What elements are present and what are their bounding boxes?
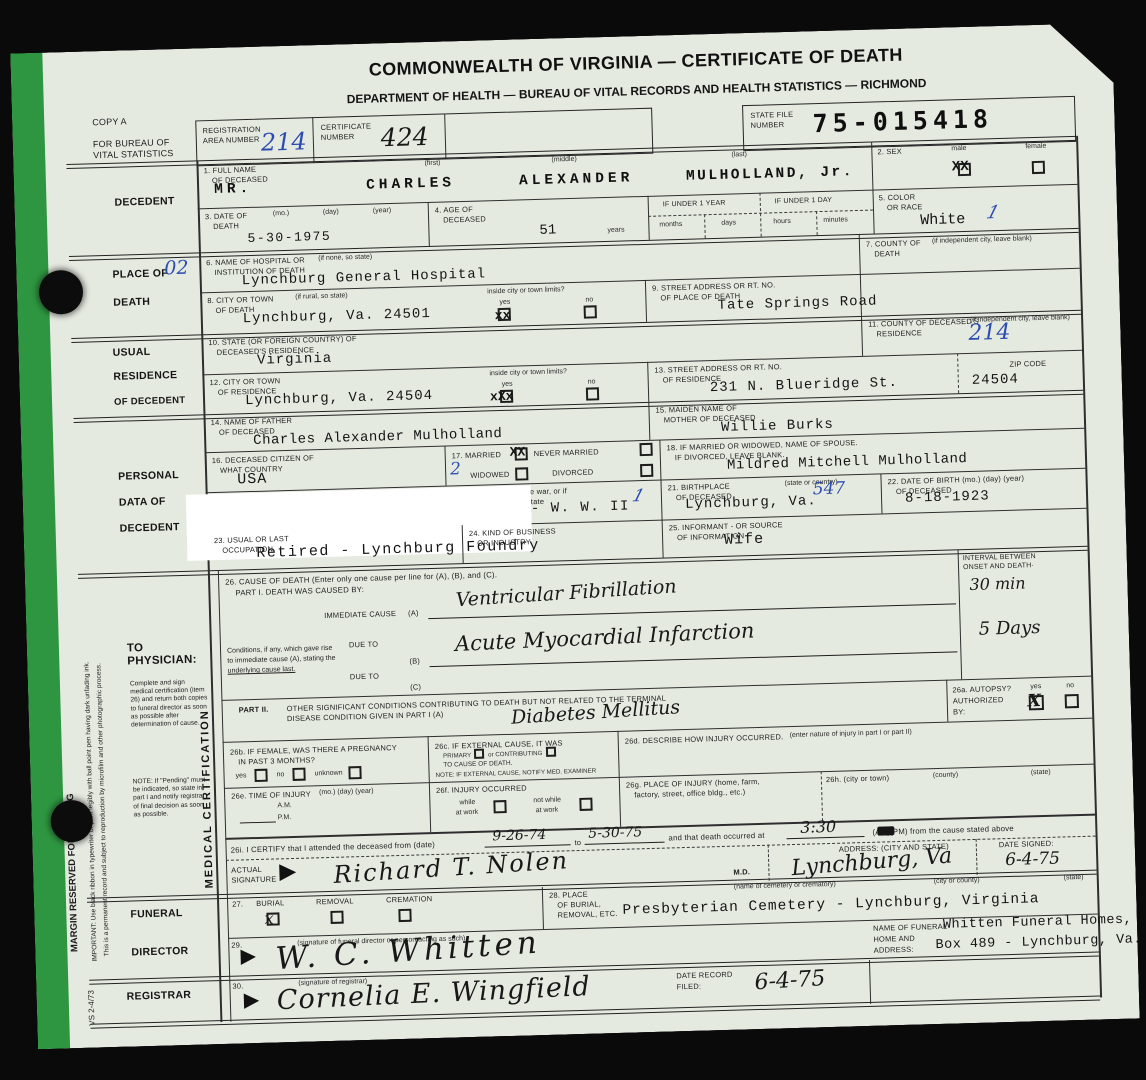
date-filed-label1: DATE RECORD [676,970,732,981]
county-code-handwritten: 214 [968,320,1011,346]
side-usual: USUAL [113,346,151,359]
date-filed-value: 6-4-75 [754,966,826,995]
field21-label: 21. BIRTHPLACE [668,482,731,493]
certificate-number-label1: CERTIFICATE [320,122,371,132]
field26d-label: 26d. DESCRIBE HOW INJURY OCCURRED. [625,732,784,745]
widowed-checkbox [515,467,528,480]
side-decedent2: DECEDENT [119,521,179,535]
primary-checkbox [474,749,484,759]
state-file-label1: STATE FILE [750,110,793,120]
part2-label: PART II. [239,705,269,715]
preg-unknown-checkbox [348,766,361,779]
city-county-hint: (city or county) [934,877,980,885]
cremation-label: CREMATION [386,894,432,904]
state-file-label2: NUMBER [750,120,784,130]
informant-value: Wife [724,531,764,549]
day-hint: (day) [323,208,339,215]
female-checkbox [1032,161,1045,174]
date-signed-label: DATE SIGNED: [999,839,1054,850]
state-residence-value: Virginia [257,351,333,369]
divorced-label: DIVORCED [552,467,593,477]
field26e-units: (mo.) (day) (year) [319,788,374,797]
street-residence-value: 231 N. Blueridge St. [710,375,898,396]
veteran-code-mark: 1 [630,486,647,506]
autopsy-no-label: no [1066,682,1074,689]
funeral-home-address: Box 489 - Lynchburg, Va. 24505 [935,931,1146,953]
married-mark: XX [509,444,525,459]
autopsy-yes-label: yes [1030,683,1041,690]
field30-number: 30. [232,981,243,990]
name-middle: ALEXANDER [519,170,634,189]
field25-label: 25. INFORMANT - OR SOURCE [669,520,783,532]
year-hint: (year) [373,207,391,215]
cremation-checkbox [398,909,411,922]
under-1-year-label: IF UNDER 1 YEAR [663,200,726,209]
race-value: White [920,211,965,229]
punch-hole-bottom [50,800,93,843]
field27-number: 27. [232,899,243,908]
cause-c-tag: (C) [410,682,421,691]
zip-value: 24504 [972,372,1019,389]
first-hint: (first) [424,160,440,167]
field26f-label: 26f. INJURY OCCURRED [436,783,527,795]
cause-a-value: Ventricular Fibrillation [455,575,677,611]
birthplace-value: Lynchburg, Va. [685,493,817,513]
field26a-label3: BY: [953,707,966,716]
limits-label-12: inside city or town limits? [489,368,567,377]
due-to-b-label: DUE TO [349,640,379,650]
side-personal: PERSONAL [118,469,179,483]
limits-label-8: inside city or town limits? [487,286,565,295]
field22-label: 22. DATE OF BIRTH (mo.) (day) (year) [887,473,1024,486]
am-strikeout-scribble [877,826,894,835]
field16-label: 16. DECEASED CITIZEN OF [212,453,314,465]
removal-checkbox [330,911,343,924]
divorced-checkbox [640,464,653,477]
preg-yes-label: yes [235,772,246,779]
name-first: CHARLES [366,175,455,193]
not-while-at-work-checkbox [579,798,592,811]
registration-area-label1: REGISTRATION [202,125,260,136]
middle-hint: (middle) [551,156,576,164]
burial-mark: x [264,909,274,928]
interval-label1: INTERVAL BETWEEN [963,553,1036,562]
field28-label2: OF BURIAL, [557,899,601,909]
field14-label: 14. NAME OF FATHER [211,416,293,427]
limits8-yes-mark: xx [495,308,511,323]
limits12-yes-mark: xXx [490,389,514,405]
hours-label: hours [773,218,791,225]
side-decedent: DECEDENT [114,195,174,209]
part1-label: PART I. DEATH WAS CAUSED BY: [235,585,364,598]
time-of-death-value: 3:30 [800,817,836,837]
date-of-birth-value: 8-18-1923 [905,488,990,506]
while-label2: at work [456,809,479,817]
field11-label: 11. COUNTY OF DECEASED'S [868,317,979,329]
side-director: DIRECTOR [131,945,188,959]
age-value: 51 [539,222,556,238]
field7-hint: (if independent city, leave blank) [932,235,1032,245]
minutes-label: minutes [823,216,848,224]
certify-pre-text: 26i. I CERTIFY that I attended the decea… [231,840,436,855]
side-registrar: REGISTRAR [127,989,192,1003]
preg-no-label: no [276,771,284,778]
months-label: months [659,221,682,229]
limits12-no-checkbox [586,387,599,400]
field26a-label: 26a. AUTOPSY? [952,684,1011,695]
field26a-label2: AUTHORIZED [953,695,1004,705]
certificate-paper: MARGIN RESERVED FOR BINDING IMPORTANT: U… [10,23,1139,1049]
field4-label2: DECEASED [443,214,486,224]
citizen-value: USA [237,471,267,489]
home-label2: HOME AND [873,934,915,944]
preg-yes-checkbox [254,769,267,782]
cause-b-value: Acute Myocardial Infarction [454,618,754,656]
interval-a-value: 30 min [969,573,1026,594]
side-data-of: DATA OF [119,495,166,508]
field6-hint: (if none, so state) [318,254,372,263]
notwhile-label2: at work [536,807,559,815]
field26c-label2: TO CAUSE OF DEATH. [443,760,512,769]
place-code-handwritten: 02 [164,257,189,280]
interval-label2: ONSET AND DEATH· [963,562,1034,571]
death-occurred-text: and that death occurred at [668,831,764,843]
field26d-hint: (enter nature of injury in part I or par… [790,729,912,739]
field28-label: 28. PLACE [549,890,588,900]
field8-hint: (if rural, so state) [295,292,348,300]
date-of-death-value: 5-30-1975 [247,229,331,246]
copy-for-line2: VITAL STATISTICS [93,148,174,160]
funeral-home-name: Whitten Funeral Homes, Inc. [943,911,1146,932]
registrar-signature-arrow-icon: ▶ [243,987,259,1012]
am-label: A.M. [277,802,292,809]
city-of-death-value: Lynchburg, Va. 24501 [243,306,431,327]
certificate-number-label2: NUMBER [321,132,355,142]
preg-no-checkbox [292,768,305,781]
race-code-mark: 1 [984,202,1002,224]
field24-label: 24. KIND OF BUSINESS [469,527,556,538]
home-label3: ADDRESS: [874,945,914,955]
signature-label: SIGNATURE [231,874,276,884]
widowed-label: WIDOWED [470,470,510,480]
md-label: M.D. [733,867,750,876]
field4-label: 4. AGE OF [435,205,473,215]
attended-to-date: 5-30-75 [588,824,642,842]
county-hint: (county) [933,771,958,779]
contributing-label: or CONTRIBUTING [488,750,543,759]
name-prefix: MR. [214,181,253,198]
while-label1: while [459,799,475,806]
state-hint-26h: (state) [1031,769,1051,777]
years-label: years [607,226,624,233]
certificate-number-value: 424 [380,122,429,152]
burial-label: BURIAL [256,898,285,908]
conditions-note3: underlying cause last. [228,665,338,676]
field24-label2: OR INDUSTRY [477,537,531,547]
days-label: days [721,219,736,226]
limits8-no-checkbox [584,305,597,318]
to-label: to [574,838,581,847]
under-1-day-label: IF UNDER 1 DAY [775,197,833,206]
copy-label: COPY A [92,116,127,127]
home-label1: NAME OF FUNERAL [873,922,947,933]
actual-label: ACTUAL [231,865,262,875]
never-married-checkbox [639,443,652,456]
field8-label: 8. CITY OR TOWN [207,294,274,305]
field7-label: 7. COUNTY OF [866,238,921,249]
field28-label3: REMOVAL, ETC. [557,909,617,920]
cause-a-tag: (A) [408,608,419,617]
signature-arrow-icon: ▶ [279,858,297,884]
interval-b-value: 5 Days [978,617,1040,640]
mo-hint: (mo.) [273,210,290,217]
registration-area-label2: AREA NUMBER [203,135,260,146]
burial-place-value: Presbyterian Cemetery - Lynchburg, Virgi… [622,891,1039,919]
field5-label: 5. COLOR [879,192,916,202]
side-place-of: PLACE OF [112,267,168,281]
no-label-8: no [585,296,593,303]
field9-label: 9. STREET ADDRESS OR RT. NO. [652,280,775,292]
male-mark: XX [952,159,969,175]
birthplace-code-handwritten: 547 [813,478,846,499]
state-hint-28: (state) [1064,874,1084,882]
last-hint: (last) [731,151,747,158]
field26g-label2: factory, street, office bldg., etc.) [634,787,745,799]
state-file-value: 75-015418 [812,104,993,138]
due-to-c-label: DUE TO [350,672,380,682]
while-at-work-checkbox [493,800,506,813]
immediate-cause-label: IMMEDIATE CAUSE [324,609,396,620]
mother-name-value: Willie Burks [721,417,834,436]
field2-label: 2. SEX [877,147,902,157]
field26e-label: 26e. TIME OF INJURY [231,789,311,800]
yes-label-12: yes [502,381,513,388]
zip-label: ZIP CODE [1009,359,1046,369]
field5-label2: OR RACE [887,202,923,212]
never-married-label: NEVER MARRIED [534,447,599,458]
registration-area-value: 214 [261,127,308,156]
cemetery-hint: (name of cemetery or crematory) [734,881,836,891]
field11-label2: RESIDENCE [876,328,922,338]
autopsy-no-checkbox [1065,694,1079,708]
side-of-decedent: OF DECEDENT [114,395,186,408]
field26b-label2: IN PAST 3 MONTHS? [238,755,315,766]
date-filed-label2: FILED: [677,982,702,992]
no-label-12: no [588,378,596,385]
side-residence: RESIDENCE [113,369,177,383]
street-of-death-value: Tate Springs Road [717,293,877,313]
pm-label: P.M. [278,814,292,821]
contributing-checkbox [546,747,556,757]
autopsy-yes-mark: X [1028,691,1042,711]
physician-signature: Richard T. Nolen [333,846,570,889]
cause-b-tag: (B) [409,656,420,665]
field13-label: 13. STREET ADDRESS OR RT. NO. [654,362,782,375]
side-to-physician: TO PHYSICIAN: [127,640,208,668]
field3-label2: DEATH [213,221,239,231]
preg-unknown-label: unknown [314,770,342,778]
attended-from-date: 9-26-74 [492,827,546,845]
female-label: female [1025,143,1046,151]
notwhile-label1: not while [533,796,561,804]
yes-label-8: yes [499,299,510,306]
funeral-signature-arrow-icon: ▶ [240,943,256,968]
removal-label: REMOVAL [316,896,354,906]
field3-label: 3. DATE OF [205,211,248,221]
male-label: male [951,145,966,152]
field1-label: 1. FULL NAME [204,165,257,175]
name-last: MULHOLLAND, Jr. [686,164,854,185]
marital-code-handwritten: 2 [450,459,461,479]
scan-background: MARGIN RESERVED FOR BINDING IMPORTANT: U… [0,0,1146,1080]
date-signed-value: 6-4-75 [1005,849,1060,871]
field26c-label: 26c. IF EXTERNAL CAUSE, IT WAS [435,738,563,751]
side-death: DEATH [113,296,150,309]
form-number: VS 2-4/73 [86,962,97,1026]
field26h-label: 26h. (city or town) [826,773,890,784]
side-funeral: FUNERAL [130,907,183,920]
primary-label: PRIMARY [443,752,471,760]
field7-label2: DEATH [874,249,900,259]
